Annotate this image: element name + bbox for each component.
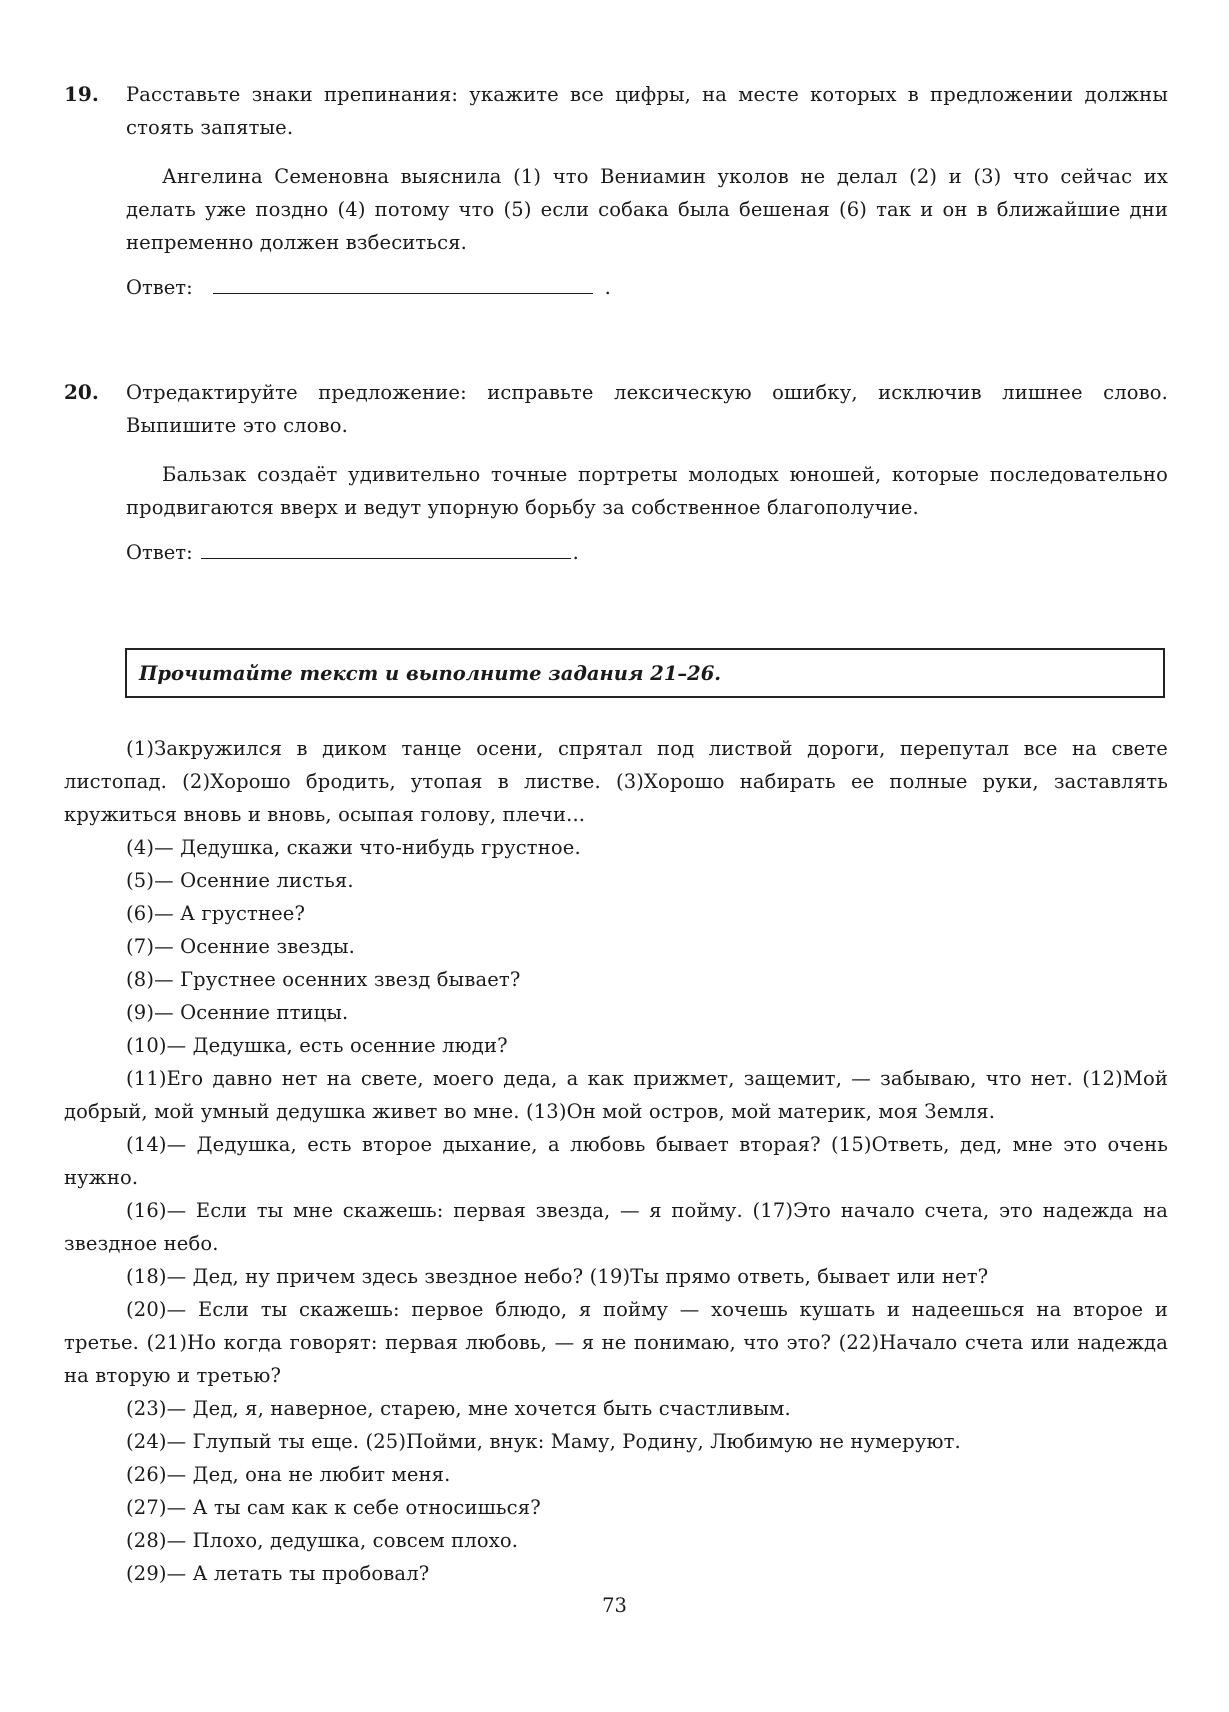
- text-paragraph: (23)— Дед, я, наверное, старею, мне хоче…: [64, 1392, 1168, 1425]
- answer-row: Ответ: .: [126, 536, 1168, 569]
- text-paragraph: (20)— Если ты скажешь: первое блюдо, я п…: [64, 1293, 1168, 1392]
- text-paragraph: (16)— Если ты мне скажешь: первая звезда…: [64, 1194, 1168, 1260]
- task-prompt: Расставьте знаки препинания: укажите все…: [126, 78, 1168, 144]
- text-paragraph: (29)— А летать ты пробовал?: [64, 1557, 1168, 1590]
- text-paragraph: (7)— Осенние звезды.: [64, 930, 1168, 963]
- answer-field[interactable]: [201, 536, 571, 559]
- text-paragraph: (24)— Глупый ты еще. (25)Пойми, внук: Ма…: [64, 1425, 1168, 1458]
- answer-field[interactable]: [213, 271, 593, 294]
- text-paragraph: (1)Закружился в диком танце осени, спрят…: [64, 732, 1168, 831]
- answer-label: Ответ:: [126, 271, 193, 304]
- task-number: 20.: [64, 376, 99, 409]
- task-number: 19.: [64, 78, 99, 111]
- text-paragraph: (11)Его давно нет на свете, моего деда, …: [64, 1062, 1168, 1128]
- answer-period: .: [573, 536, 579, 569]
- exam-page: 19. Расставьте знаки препинания: укажите…: [0, 0, 1229, 1712]
- text-paragraph: (18)— Дед, ну причем здесь звездное небо…: [64, 1260, 1168, 1293]
- text-paragraph: (6)— А грустнее?: [64, 897, 1168, 930]
- task-19: 19. Расставьте знаки препинания: укажите…: [64, 78, 1168, 304]
- text-paragraph: (27)— А ты сам как к себе относишься?: [64, 1491, 1168, 1524]
- task-example-sentence: Бальзак создаёт удивительно точные портр…: [126, 458, 1168, 524]
- task-20: 20. Отредактируйте предложение: исправьт…: [64, 376, 1168, 569]
- instruction-text: Прочитайте текст и выполните задания 21–…: [139, 662, 721, 685]
- text-paragraph: (4)— Дедушка, скажи что-нибудь грустное.: [64, 831, 1168, 864]
- text-paragraph: (8)— Грустнее осенних звезд бывает?: [64, 963, 1168, 996]
- answer-period: .: [605, 271, 611, 304]
- text-paragraph: (14)— Дедушка, есть второе дыхание, а лю…: [64, 1128, 1168, 1194]
- answer-row: Ответ: .: [126, 271, 1168, 304]
- task-example-sentence: Ангелина Семеновна выяснила (1) что Вени…: [126, 160, 1168, 259]
- instruction-box: Прочитайте текст и выполните задания 21–…: [125, 648, 1165, 698]
- text-paragraph: (10)— Дедушка, есть осенние люди?: [64, 1029, 1168, 1062]
- page-number: 73: [0, 1594, 1229, 1617]
- text-paragraph: (28)— Плохо, дедушка, совсем плохо.: [64, 1524, 1168, 1557]
- reading-text: (1)Закружился в диком танце осени, спрят…: [64, 732, 1168, 1590]
- task-prompt: Отредактируйте предложение: исправьте ле…: [126, 376, 1168, 442]
- text-paragraph: (26)— Дед, она не любит меня.: [64, 1458, 1168, 1491]
- answer-label: Ответ:: [126, 536, 193, 569]
- text-paragraph: (9)— Осенние птицы.: [64, 996, 1168, 1029]
- text-paragraph: (5)— Осенние листья.: [64, 864, 1168, 897]
